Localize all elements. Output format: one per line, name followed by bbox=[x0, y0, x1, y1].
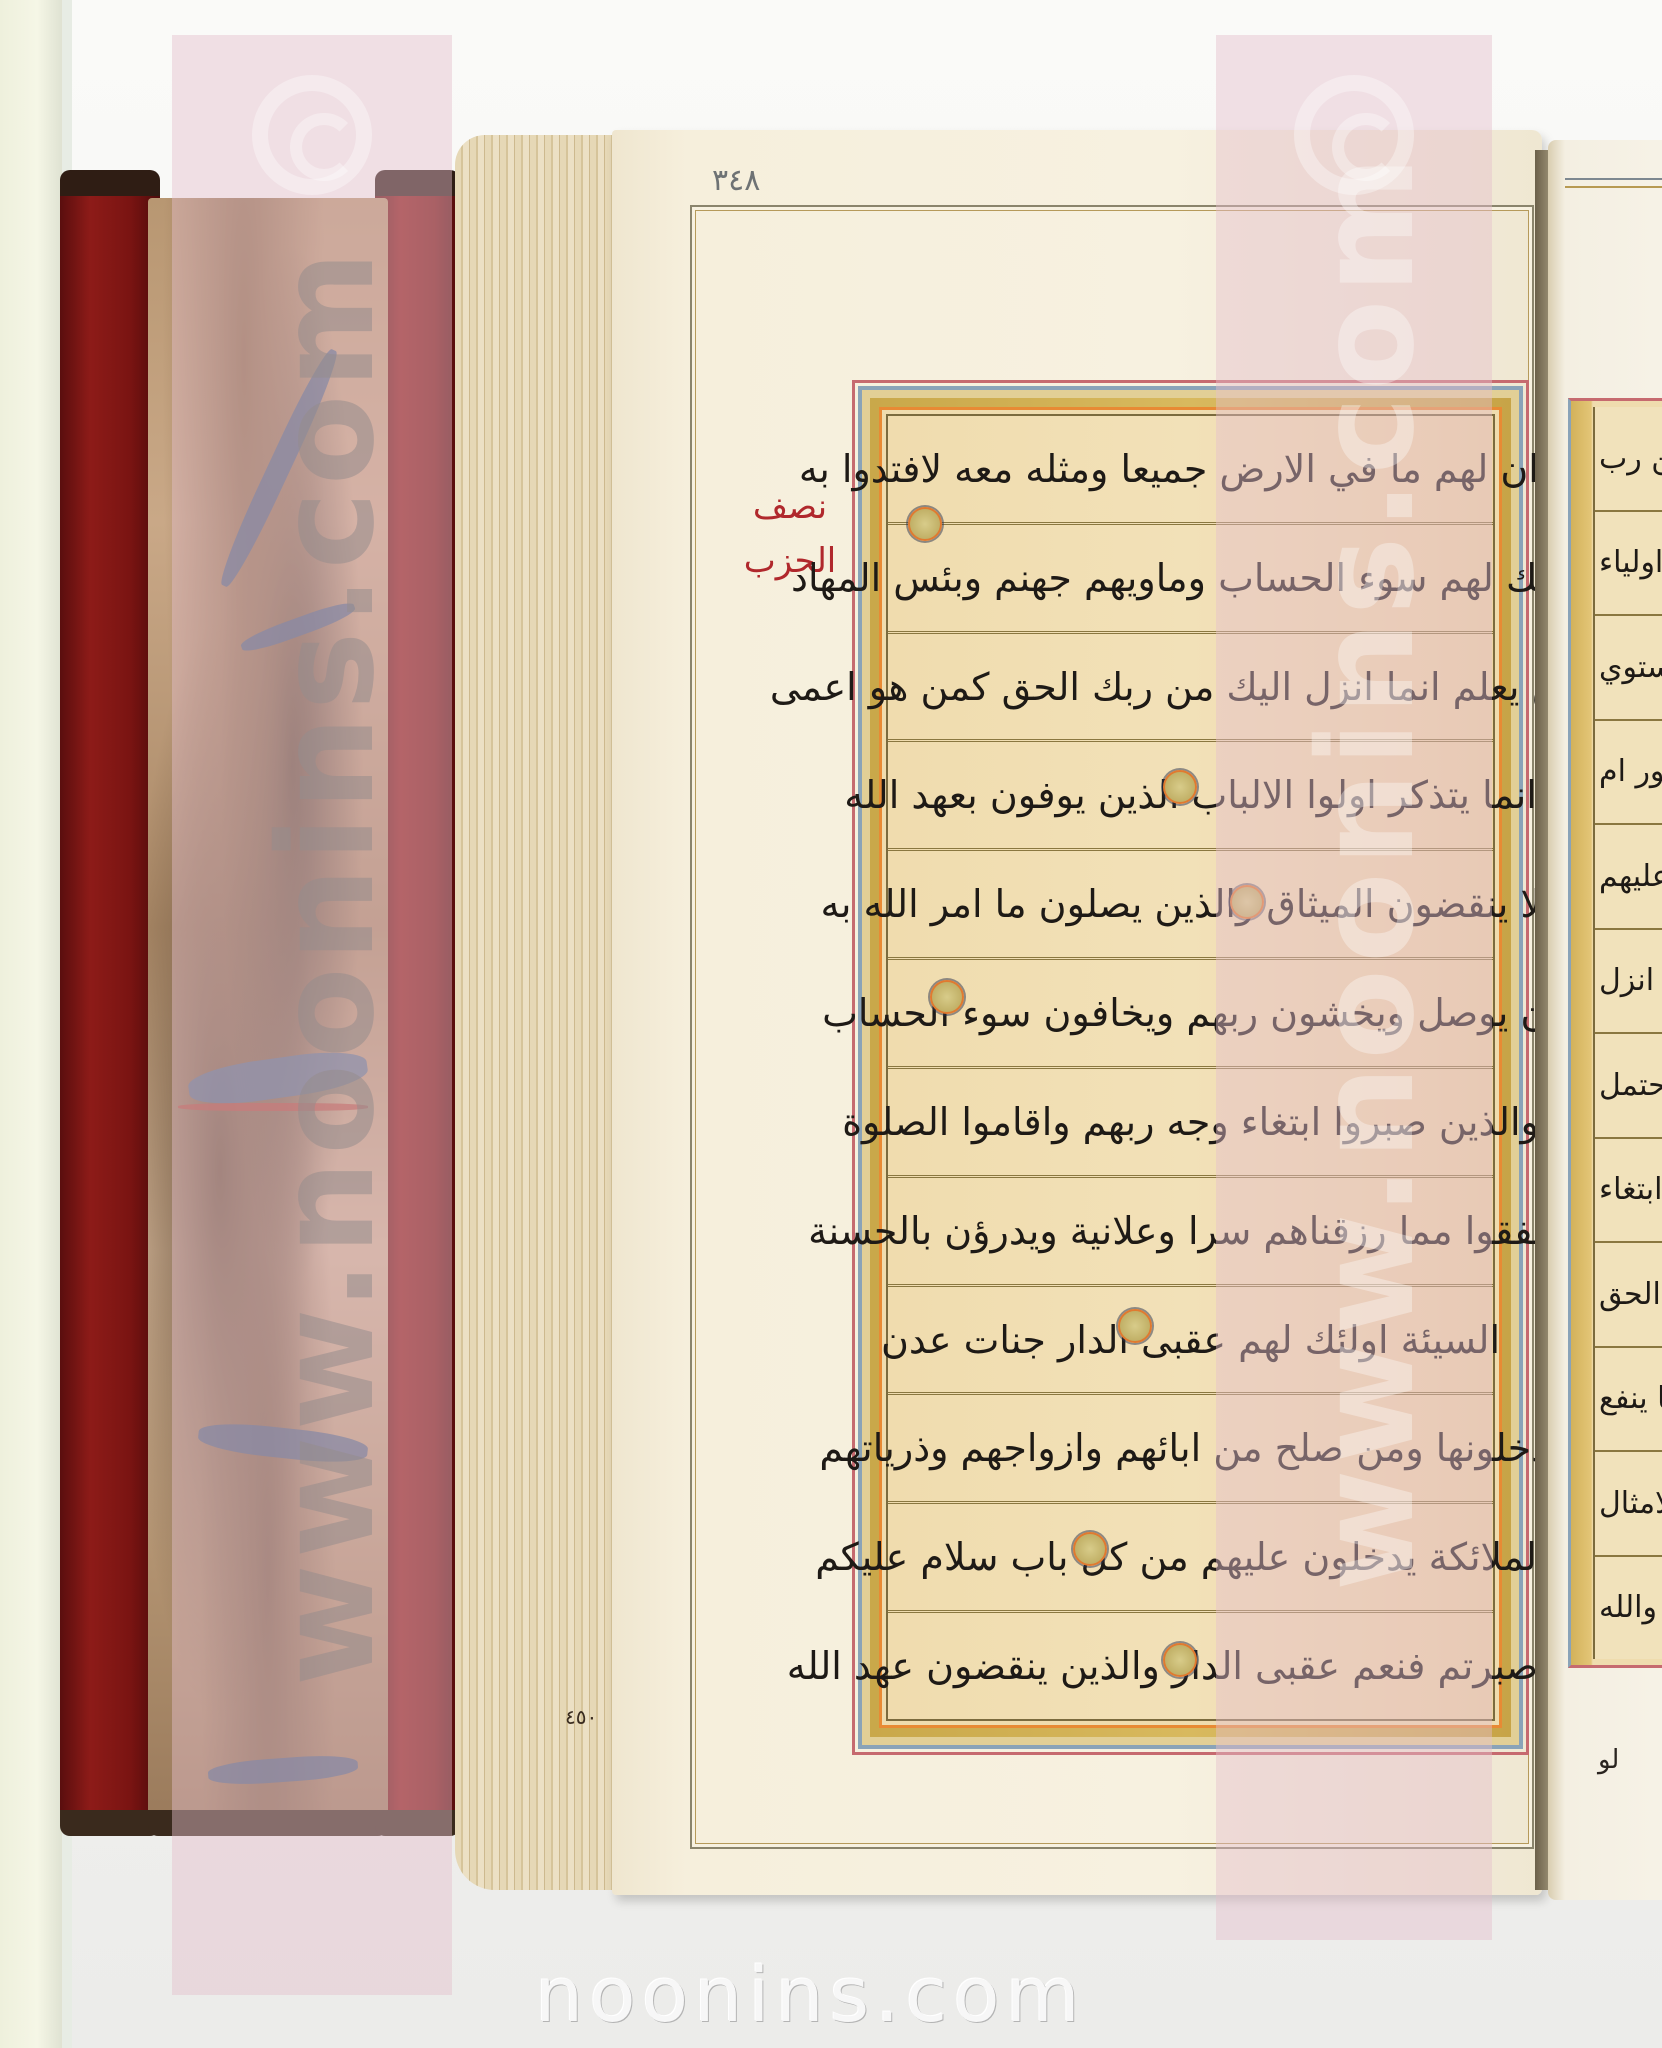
facing-page-text-lines: من رب اولياء تستوي نور ام فالخلق عليهم ا… bbox=[1593, 407, 1662, 1659]
facing-text-line: والله bbox=[1595, 1557, 1662, 1660]
verse-marker-icon bbox=[1118, 1309, 1152, 1343]
page-block-edge bbox=[455, 135, 630, 1890]
facing-text-line: انزل bbox=[1595, 930, 1662, 1035]
facing-text-line: الحق bbox=[1595, 1243, 1662, 1348]
watermark-vertical-left: www.noonins.com bbox=[250, 245, 404, 1686]
facing-text-line: من رب bbox=[1595, 407, 1662, 512]
spine-tail-left bbox=[60, 1810, 160, 1836]
facing-page-mark: لو bbox=[1598, 1745, 1619, 1775]
facing-text-line: الامثال bbox=[1595, 1452, 1662, 1557]
facing-text-line: فالخلق عليهم bbox=[1595, 825, 1662, 930]
spine-headcap-left bbox=[60, 170, 160, 196]
facing-text-line: ما ينفع bbox=[1595, 1348, 1662, 1453]
mat-board bbox=[0, 0, 62, 2048]
facing-text-line: ابتغاء bbox=[1595, 1139, 1662, 1244]
verse-marker-icon bbox=[1163, 1643, 1197, 1677]
verse-marker-icon bbox=[908, 507, 942, 541]
facing-text-line: اولياء bbox=[1595, 512, 1662, 617]
facing-text-line: تستوي bbox=[1595, 616, 1662, 721]
facing-text-line: نور ام bbox=[1595, 721, 1662, 826]
copyright-icon bbox=[252, 75, 372, 195]
watermark-bottom: noonins.com bbox=[535, 1950, 1086, 2039]
verse-marker-icon bbox=[930, 980, 964, 1014]
leather-binding-left bbox=[60, 178, 160, 1828]
fore-edge-mark: ٤٥٠ bbox=[565, 1705, 597, 1729]
page-number: ٣٤٨ bbox=[712, 163, 760, 198]
facing-page-text-panel: من رب اولياء تستوي نور ام فالخلق عليهم ا… bbox=[1568, 398, 1662, 1668]
watermark-vertical-right: www.noonins.com bbox=[1290, 150, 1444, 1591]
facing-page-frame-rule bbox=[1565, 178, 1662, 188]
facing-text-line: فاحتمل bbox=[1595, 1034, 1662, 1139]
